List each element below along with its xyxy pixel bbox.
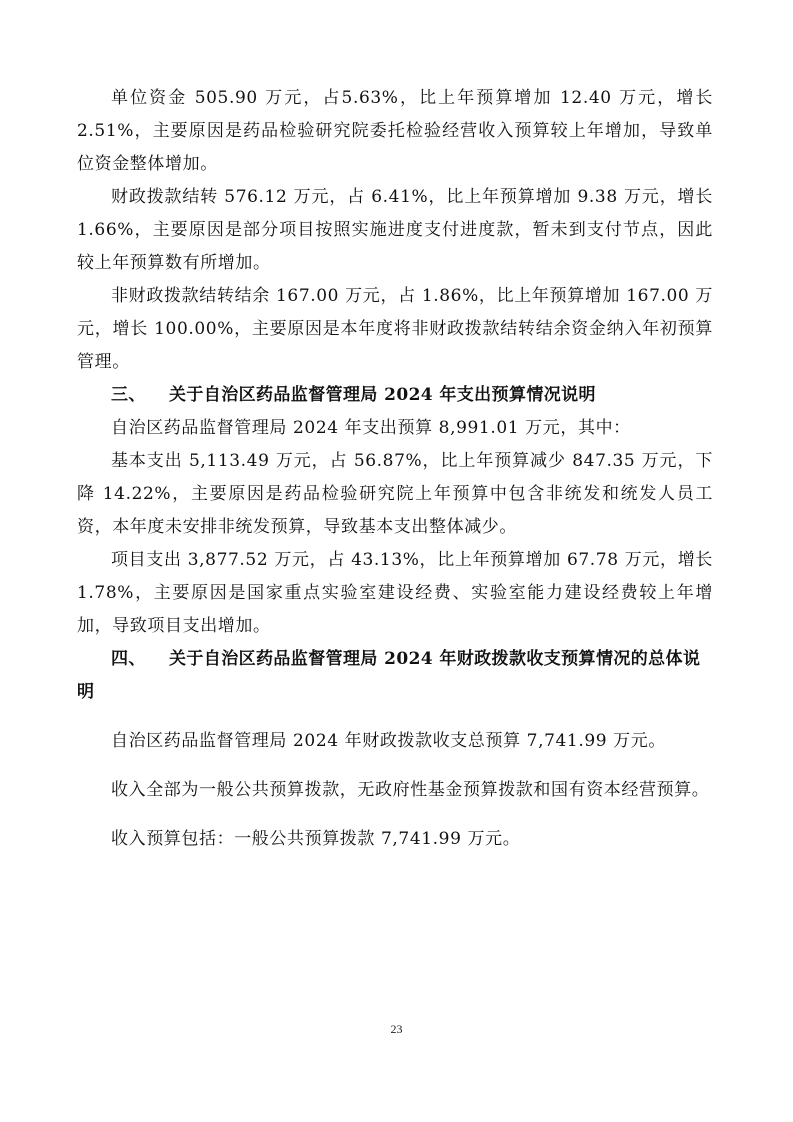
document-page: 单位资金 505.90 万元，占5.63%，比上年预算增加 12.40 万元，增… xyxy=(77,82,713,856)
section-title: 关于自治区药品监督管理局 2024 年财政拨款收支预算情况的总体说明 xyxy=(77,649,700,702)
section-number: 三、 xyxy=(111,379,169,412)
section-heading-3: 三、关于自治区药品监督管理局 2024 年支出预算情况说明 xyxy=(77,379,713,412)
paragraph-fiscal-carryover: 财政拨款结转 576.12 万元，占 6.41%，比上年预算增加 9.38 万元… xyxy=(77,181,713,280)
paragraph-expenditure-total: 自治区药品监督管理局 2024 年支出预算 8,991.01 万元，其中： xyxy=(77,412,713,445)
page-number: 23 xyxy=(0,1022,793,1037)
section-title: 关于自治区药品监督管理局 2024 年支出预算情况说明 xyxy=(169,385,596,405)
paragraph-unit-funds: 单位资金 505.90 万元，占5.63%，比上年预算增加 12.40 万元，增… xyxy=(77,82,713,181)
paragraph-nonfiscal-carryover: 非财政拨款结转结余 167.00 万元，占 1.86%，比上年预算增加 167.… xyxy=(77,280,713,379)
paragraph-project-expenditure: 项目支出 3,877.52 万元，占 43.13%，比上年预算增加 67.78 … xyxy=(77,544,713,643)
paragraph-income-budget: 收入预算包括：一般公共预算拨款 7,741.99 万元。 xyxy=(77,823,713,856)
section-heading-4: 四、关于自治区药品监督管理局 2024 年财政拨款收支预算情况的总体说明 xyxy=(77,643,713,709)
paragraph-fiscal-total: 自治区药品监督管理局 2024 年财政拨款收支总预算 7,741.99 万元。 xyxy=(77,725,713,758)
paragraph-basic-expenditure: 基本支出 5,113.49 万元，占 56.87%，比上年预算减少 847.35… xyxy=(77,445,713,544)
paragraph-income-composition: 收入全部为一般公共预算拨款，无政府性基金预算拨款和国有资本经营预算。 xyxy=(77,774,713,807)
section-number: 四、 xyxy=(111,643,169,676)
